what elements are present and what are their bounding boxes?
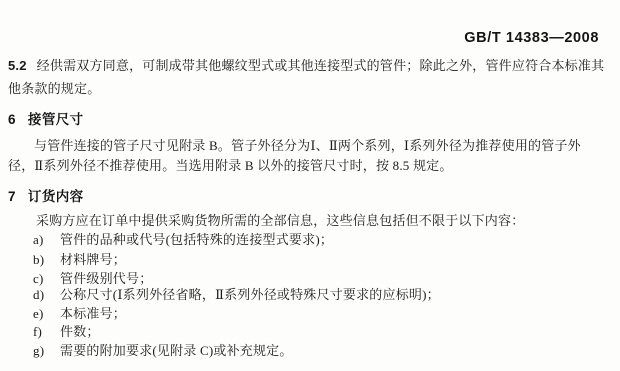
section-6-heading: 6接管尺寸: [8, 108, 84, 128]
order-item-b: b)材料牌号；: [33, 252, 126, 267]
order-item-f-label: f): [33, 324, 60, 339]
order-item-d-label: d): [33, 287, 60, 302]
section-6-paragraph-line1: 与管件连接的管子尺寸见附录 B。管子外径分为Ⅰ、Ⅱ两个系列，Ⅰ系列外径为推荐使用…: [34, 138, 581, 153]
document-page: GB/T 14383—2008 5.2经供需双方同意，可制成带其他螺纹型式或其他…: [0, 0, 620, 371]
order-item-a-text: 管件的品种或代号(包括特殊的连接型式要求)；: [60, 232, 333, 247]
section-6-number: 6: [8, 112, 16, 127]
clause-5-2-line1: 5.2经供需双方同意，可制成带其他螺纹型式或其他连接型式的管件；除此之外，管件应…: [8, 58, 604, 73]
section-7-title: 订货内容: [28, 189, 84, 204]
order-item-e-text: 本标准号；: [60, 306, 126, 321]
order-item-e: e)本标准号；: [33, 306, 126, 321]
section-7-intro-paragraph: 采购方应在订单中提供采购货物所需的全部信息，这些信息包括但不限于以下内容：: [36, 213, 524, 228]
order-item-a-label: a): [33, 232, 60, 247]
order-item-d: d)公称尺寸(Ⅰ系列外径省略，Ⅱ系列外径或特殊尺寸要求的应标明)；: [33, 287, 440, 302]
section-6-title: 接管尺寸: [28, 112, 84, 127]
order-item-a: a)管件的品种或代号(包括特殊的连接型式要求)；: [33, 232, 333, 247]
clause-5-2-text: 经供需双方同意，可制成带其他螺纹型式或其他连接型式的管件；除此之外，管件应符合本…: [37, 58, 605, 73]
order-item-c-label: c): [33, 271, 60, 286]
clause-5-2-line2: 他条款的规定。: [8, 81, 100, 96]
order-item-b-label: b): [33, 252, 60, 267]
clause-5-2-number: 5.2: [8, 58, 27, 73]
order-item-f-text: 件数；: [60, 324, 100, 339]
order-item-b-text: 材料牌号；: [60, 252, 126, 267]
order-item-d-text: 公称尺寸(Ⅰ系列外径省略，Ⅱ系列外径或特殊尺寸要求的应标明)；: [60, 287, 440, 302]
order-item-c-text: 管件级别代号；: [60, 271, 152, 286]
standard-number-header: GB/T 14383—2008: [464, 30, 599, 46]
section-6-paragraph-line2: 径，Ⅱ系列外径不推荐使用。当选用附录 B 以外的接管尺寸时，按 8.5 规定。: [8, 158, 453, 173]
order-item-c: c)管件级别代号；: [33, 271, 152, 286]
section-7-number: 7: [8, 189, 16, 204]
section-7-heading: 7订货内容: [8, 185, 84, 205]
order-item-g-label: g): [33, 343, 60, 358]
order-item-g-text: 需要的附加要求(见附录 C)或补充规定。: [60, 343, 293, 358]
order-item-g: g)需要的附加要求(见附录 C)或补充规定。: [33, 343, 293, 358]
order-item-f: f)件数；: [33, 324, 100, 339]
order-item-e-label: e): [33, 306, 60, 321]
